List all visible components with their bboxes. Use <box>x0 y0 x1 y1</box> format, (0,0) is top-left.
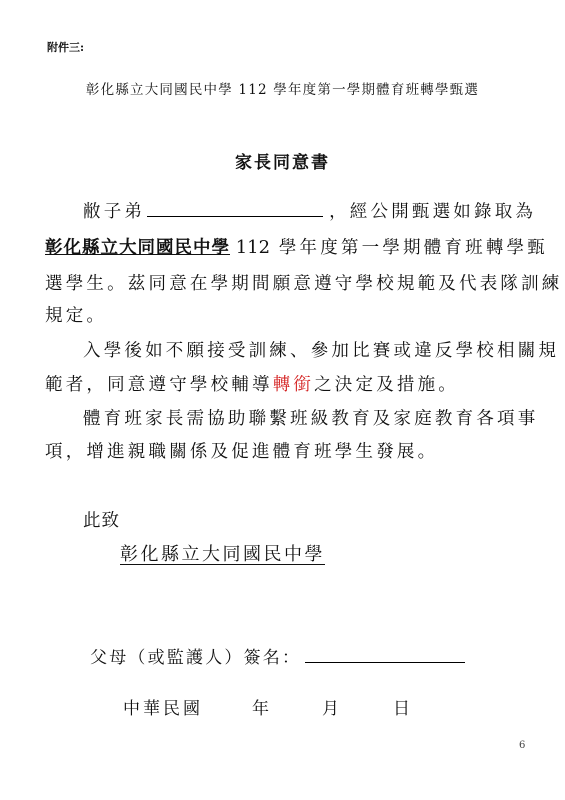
para3-line2: 項，增進親職關係及促進體育班學生發展。 <box>45 438 438 463</box>
date-month: 月 <box>322 694 339 719</box>
para1-line1-suffix: ，經公開甄選如錄取為 <box>329 202 536 222</box>
page-number: 6 <box>519 740 525 751</box>
para2-line1: 入學後如不願接受訓練、參加比賽或違反學校相關規 <box>83 337 559 362</box>
para1-line2: 彰化縣立大同國民中學 112 學年度第一學期體育班轉學甄 <box>45 234 548 259</box>
date-era: 中華民國 <box>123 694 203 719</box>
para1-line1: 敝子弟，經公開甄選如錄取為 <box>83 198 536 223</box>
school-name-bold: 彰化縣立大同國民中學 <box>45 238 230 258</box>
para1-line3: 選學生。茲同意在學期間願意遵守學校規範及代表隊訓練 <box>45 270 563 295</box>
highlight-text: 轉銜 <box>273 375 314 395</box>
signature-blank[interactable] <box>305 644 465 663</box>
date-day: 日 <box>393 694 410 719</box>
closing: 此致 <box>83 507 120 532</box>
para2-line2-prefix: 範者，同意遵守學校輔導 <box>45 375 273 395</box>
attachment-label: 附件三: <box>47 39 84 55</box>
date-year: 年 <box>252 694 269 719</box>
document-subtitle: 彰化縣立大同國民中學 112 學年度第一學期體育班轉學甄選 <box>0 78 565 98</box>
para2-line2-suffix: 之決定及措施。 <box>314 375 459 395</box>
child-name-blank[interactable] <box>147 198 323 217</box>
para1-line4: 規定。 <box>45 302 107 327</box>
para1-line2-rest: 學年度第一學期體育班轉學甄 <box>270 238 548 258</box>
para3-line1: 體育班家長需協助聯繫班級教育及家庭教育各項事 <box>83 405 538 430</box>
school-year: 112 <box>230 237 270 258</box>
document-title: 家長同意書 <box>0 148 565 173</box>
para2-line2: 範者，同意遵守學校輔導轉銜之決定及措施。 <box>45 371 459 396</box>
recipient-school: 彰化縣立大同國民中學 <box>120 540 325 566</box>
signature-label: 父母（或監護人）簽名： <box>90 648 301 668</box>
child-label: 敝子弟 <box>83 202 145 222</box>
signature-row: 父母（或監護人）簽名： <box>90 643 465 668</box>
